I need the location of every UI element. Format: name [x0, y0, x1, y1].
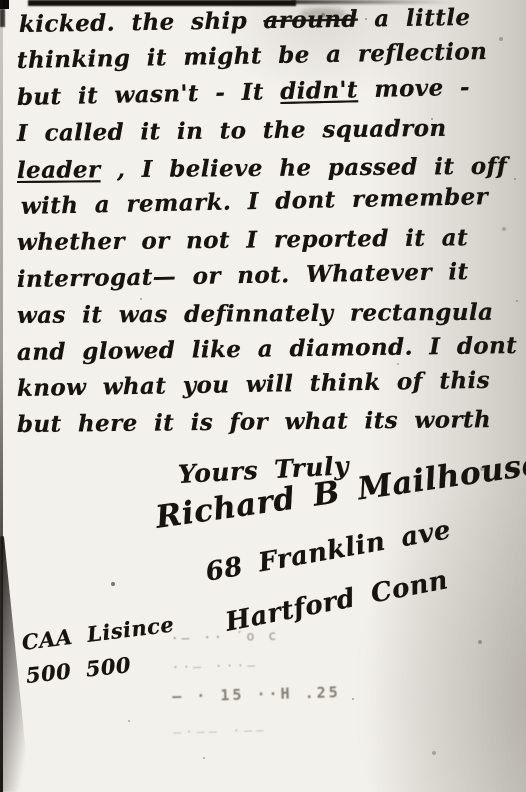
handwritten-line: know what you will think of this — [17, 366, 521, 411]
word-segment: a little — [358, 4, 471, 33]
scan-noise-speckles — [0, 0, 2, 2]
stamp-line: — · 15 ··H .25 — [172, 677, 373, 711]
word-segment: didn't — [280, 76, 358, 105]
handwritten-line: but here it is for what its worth — [17, 406, 520, 448]
word-segment: but here it is for what its worth — [17, 406, 491, 438]
scan-artifact-top-bar-fade — [292, 0, 452, 4]
margin-note-caa-license: CAA Lisince — [20, 611, 175, 654]
margin-note-license-number: 500 500 — [25, 652, 133, 688]
word-segment: , I believe he passed it off — [100, 152, 507, 183]
faded-date-stamp: ·– ·· ′o c··– ···–— · 15 ··H .25–·–– ·–– — [170, 619, 373, 747]
stamp-line: –·–– ·–– — [173, 713, 374, 747]
word-segment: was it was definnately rectangula — [17, 299, 494, 329]
word-segment: around — [263, 6, 358, 34]
word-segment: whether or not I reported it at — [17, 225, 468, 257]
word-segment: I called it in to the squadron — [17, 115, 447, 147]
word-segment: leader — [17, 156, 101, 184]
handwritten-line: interrogat— or not. Whatever it — [17, 257, 521, 302]
handwritten-line: I called it in to the squadron — [17, 114, 520, 157]
scan-artifact-top-bar — [28, 0, 296, 6]
word-segment: but it wasn't - It — [17, 78, 281, 111]
word-segment: kicked. the ship — [19, 7, 264, 38]
scanned-letter-page: kicked. the ship around a littlethinking… — [0, 0, 526, 792]
letter-body: kicked. the ship around a littlethinking… — [17, 11, 520, 448]
word-segment: move - — [358, 74, 471, 104]
